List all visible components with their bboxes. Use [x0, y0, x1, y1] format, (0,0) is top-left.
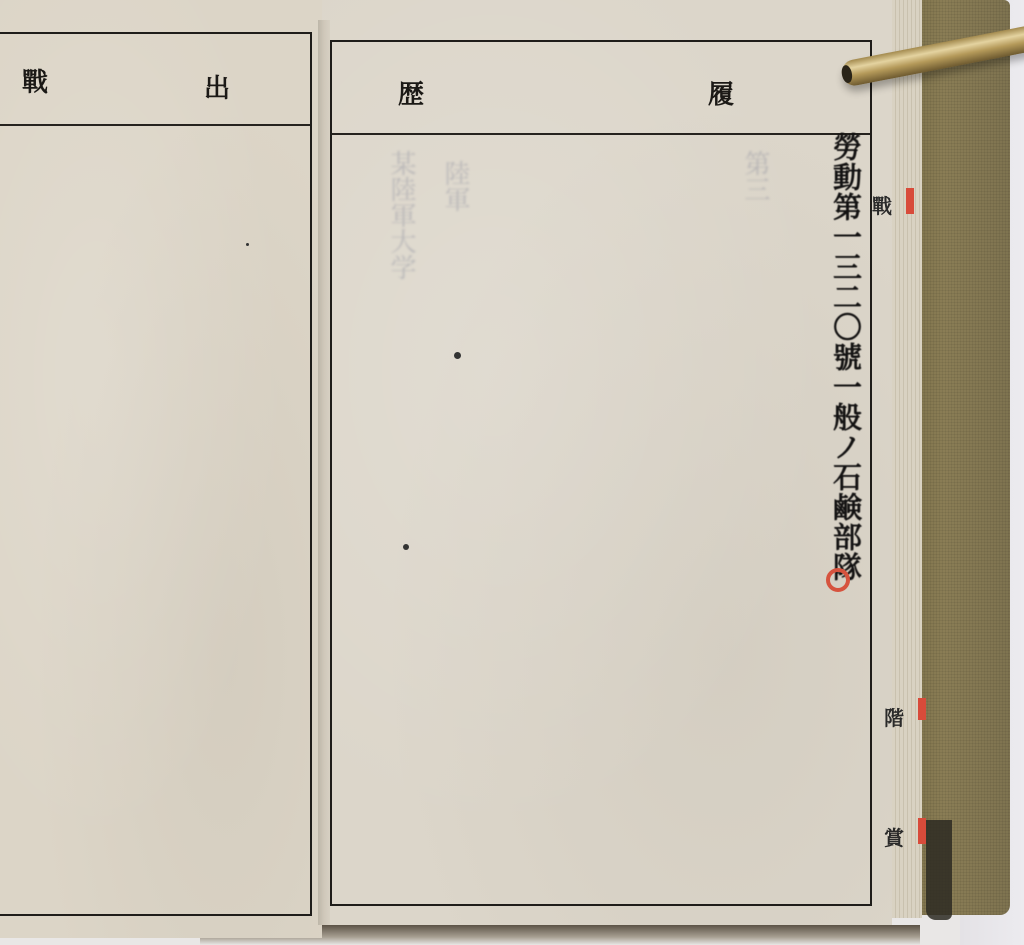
left-heading-char-1: 戰	[22, 62, 48, 99]
side-tab-3: 階	[884, 702, 904, 731]
left-page-frame	[0, 32, 312, 916]
side-tab-1: 戰	[872, 190, 892, 219]
right-header-rule	[332, 133, 870, 135]
side-tab-4: 賞	[884, 822, 904, 851]
right-heading-char-2: 履	[708, 74, 734, 111]
left-heading-char-2: 出	[204, 68, 230, 105]
unit-stamp: 勞動第一三二〇號一般ノ石鹸部隊	[826, 132, 866, 582]
photo-scene: 戰 出 歴 履 某陸軍大学 陸軍 第三 勞動第一三二〇號一般ノ石鹸部隊 戰 階 …	[0, 0, 1024, 945]
bleed-through-text-1: 某陸軍大学	[386, 150, 416, 280]
tab-red-mark-4	[918, 818, 926, 844]
ink-speck	[403, 544, 409, 550]
tab-red-mark-1	[906, 188, 914, 214]
bleed-through-text-3: 第三	[740, 150, 770, 202]
ink-speck	[454, 352, 461, 359]
tab-red-mark-3	[918, 698, 926, 720]
cloth-shadow	[926, 820, 952, 920]
ink-speck	[246, 243, 249, 246]
right-heading-char-1: 歴	[398, 74, 424, 111]
bleed-through-text-2: 陸軍	[440, 160, 470, 212]
red-seal-circle-icon	[826, 568, 850, 592]
book-gutter	[318, 20, 330, 925]
left-header-rule	[0, 124, 310, 126]
